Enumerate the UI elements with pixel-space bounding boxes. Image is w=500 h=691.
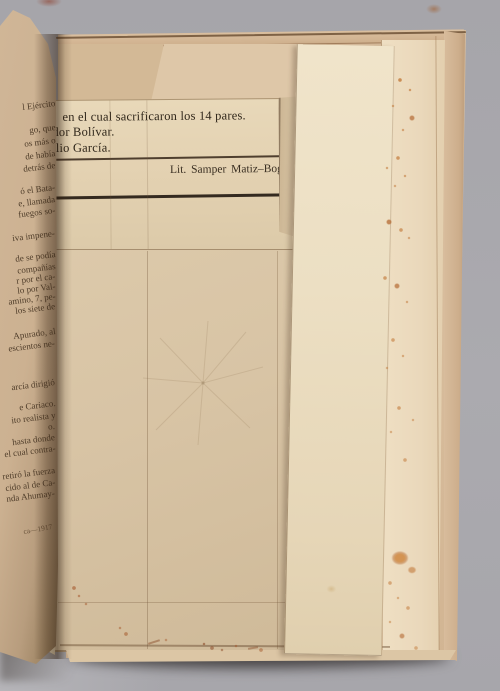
stain <box>326 585 336 593</box>
map-caption-block: en el cual sacrificaron los 14 pares. rt… <box>35 98 302 252</box>
compass-crease-star <box>138 318 268 448</box>
top-corner-stain <box>426 4 442 14</box>
caption-line-1: en el cual sacrificaron los 14 pares. <box>62 108 245 125</box>
lithographer-imprint: Lit. Samper Matiz–Bogo <box>170 163 289 176</box>
thick-rule <box>40 193 287 199</box>
map-top-flap <box>150 44 303 106</box>
foxing-spots <box>378 38 464 660</box>
gutter-shadow <box>34 34 72 659</box>
photo-scene: en el cual sacrificaron los 14 pares. rt… <box>0 0 500 691</box>
thin-rule <box>48 155 286 161</box>
map-under-flap <box>58 44 163 106</box>
top-edge-smudge <box>36 0 62 7</box>
